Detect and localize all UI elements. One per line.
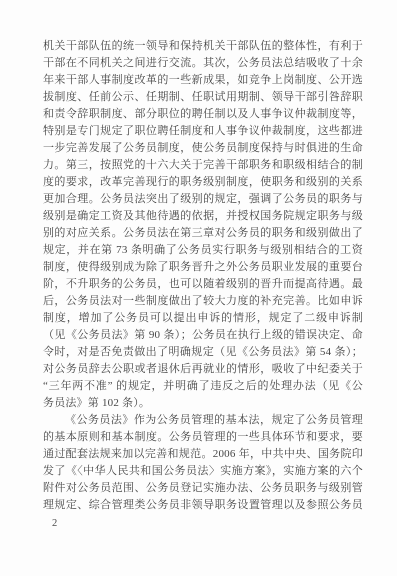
text-line: 年来干部人事制度改革的一些新成果，如竞争上岗制度、公开选 (43, 72, 363, 89)
text-line: 务员法》第 102 条）。 (43, 395, 363, 412)
text-line: 令时，对是否免责做出了明确规定（见《公务员法》第 54 条）； (43, 344, 363, 361)
text-line: 规定，并在第 73 条明确了公务员实行职务与级别相结合的工资 (43, 242, 363, 259)
text-line: 更加合理。公务员法突出了级别的规定，强调了公务员的职务与 (43, 191, 363, 208)
text-line: 发了《〈中华人民共和国公务员法〉实施方案》，实施方案的六个 (43, 463, 363, 480)
text-line: 制度，使得级别成为除了职务晋升之外公务员职业发展的重要台 (43, 259, 363, 276)
text-line: 理规定、综合管理类公务员非领导职务设置管理以及参照公务员 (43, 497, 363, 514)
text-line: 的基本原则和基本制度。公务员管理的一些具体环节和要求，要 (43, 429, 363, 446)
text-line: 度的要求，改革完善现行的职务级别制度，使职务和级别的关系 (43, 174, 363, 191)
text-line: 一步完善发展了公务员制度，使公务员制度保持与时俱进的生命 (43, 140, 363, 157)
text-line: 附件对公务员范围、公务员登记实施办法、公务员职务与级别管 (43, 480, 363, 497)
text-line: “三年两不准” 的规定，并明确了违反之后的处理办法（见《公 (43, 378, 363, 395)
text-line: 对公务员辞去公职或者退休后再就业的情形，吸收了中纪委关于 (43, 361, 363, 378)
text-line: 机关干部队伍的统一领导和保持机关干部队伍的整体性，有利于 (43, 38, 363, 55)
text-line: 《公务员法》作为公务员管理的基本法，规定了公务员管理 (43, 412, 363, 429)
document-page: 机关干部队伍的统一领导和保持机关干部队伍的整体性，有利于 干部在不同机关之间进行… (0, 0, 397, 576)
text-line: 通过配套法规来加以完善和规范。2006 年，中共中央、国务院印 (43, 446, 363, 463)
text-line: 别的对应关系。公务员法在第三章对公务员的职务和级别做出了 (43, 225, 363, 242)
text-line: 级别是确定工资及其他待遇的依据，并授权国务院规定职务与级 (43, 208, 363, 225)
body-text: 机关干部队伍的统一领导和保持机关干部队伍的整体性，有利于 干部在不同机关之间进行… (43, 38, 363, 514)
text-line: 后，公务员法对一些制度做出了较大力度的补充完善。比如申诉 (43, 293, 363, 310)
text-line: 阶，不升职务的公务员，也可以随着级别的晋升而提高待遇。最 (43, 276, 363, 293)
text-line: 制度，增加了公务员可以提出申诉的情形，规定了二级申诉制 (43, 310, 363, 327)
text-line: 和责令辞职制度、部分职位的聘任制以及人事争议仲裁制度等， (43, 106, 363, 123)
text-line: （见《公务员法》第 90 条）；公务员在执行上级的错误决定、命 (43, 327, 363, 344)
text-line: 特别是专门规定了职位聘任制度和人事争议仲裁制度，这些都进 (43, 123, 363, 140)
text-line: 力。第三，按照党的十六大关于完善干部职务和职级相结合的制 (43, 157, 363, 174)
text-line: 干部在不同机关之间进行交流。其次，公务员法总结吸收了十余 (43, 55, 363, 72)
page-number: 2 (52, 516, 57, 532)
text-line: 拔制度、任前公示、任期制、任职试用期制、领导干部引咎辞职 (43, 89, 363, 106)
